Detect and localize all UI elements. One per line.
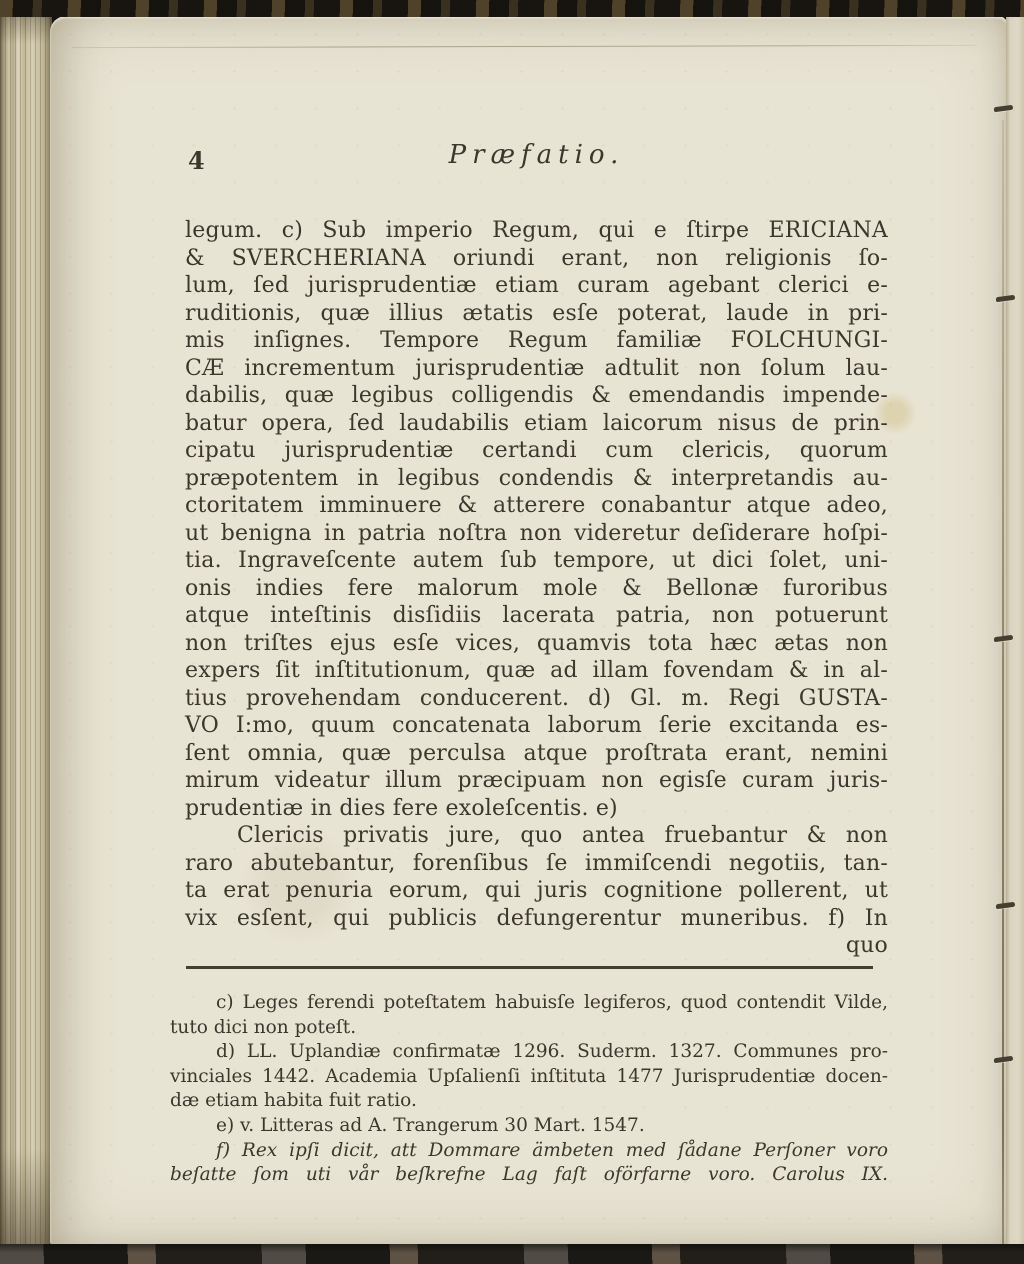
body-line: prudentiæ in dies fere exoleſcentis. e): [185, 795, 888, 823]
footnote-line: beſatte ſom uti vår beſkrefne Lag faſt o…: [170, 1163, 888, 1188]
running-title: Præfatio.: [185, 140, 888, 170]
body-line: tius provehendam conducerent. d) Gl. m. …: [185, 685, 888, 713]
body-line: non triſtes ejus esſe vices, quamvis tot…: [185, 630, 888, 658]
footnote-line: tuto dici non poteſt.: [170, 1016, 888, 1041]
page-stack-edges-left: [0, 14, 52, 1244]
footnote-line: e) v. Litteras ad A. Trangerum 30 Mart. …: [170, 1114, 888, 1139]
body-line: & SVERCHERIANA oriundi erant, non religi…: [185, 245, 888, 273]
body-line: dabilis, quæ legibus colligendis & emend…: [185, 382, 888, 410]
body-text: legum. c) Sub imperio Regum, qui e ſtirp…: [185, 217, 888, 960]
body-line: onis indies fere malorum mole & Bellonæ …: [185, 575, 888, 603]
footnote-line: f) Rex ipſi dicit, att Dommare ämbeten m…: [170, 1139, 888, 1164]
body-line: VO I:mo, quum concatenata laborum ſerie …: [185, 712, 888, 740]
body-line: expers ſit inſtitutionum, quæ ad illam f…: [185, 657, 888, 685]
binding-crease: [1002, 120, 1004, 1244]
scanned-book-page: 4 Præfatio. legum. c) Sub imperio Regum,…: [0, 0, 1024, 1264]
body-line: mis inſignes. Tempore Regum familiæ FOLC…: [185, 327, 888, 355]
body-line: tia. Ingraveſcente autem ſub tempore, ut…: [185, 547, 888, 575]
body-line: ſent omnia, quæ perculsa atque proſtrata…: [185, 740, 888, 768]
body-line: lum, ſed jurisprudentiæ etiam curam ageb…: [185, 272, 888, 300]
footnote-line: d) LL. Uplandiæ confirmatæ 1296. Suderm.…: [170, 1040, 888, 1065]
body-line: atque inteſtinis disſidiis lacerata patr…: [185, 602, 888, 630]
body-line: ut benigna in patria noſtra non videretu…: [185, 520, 888, 548]
footnote-separator-rule: [186, 966, 873, 969]
footnote-line: c) Leges ferendi poteſtatem habuisſe leg…: [170, 991, 888, 1016]
body-line-paragraph-start: Clericis privatis jure, quo antea frueba…: [185, 822, 888, 850]
body-line: raro abutebantur, forenſibus ſe immiſcen…: [185, 850, 888, 878]
book-cover-top-edge: [0, 0, 1024, 17]
catchword: quo: [185, 932, 888, 960]
body-line: cipatu jurisprudentiæ certandi cum cleri…: [185, 437, 888, 465]
footnote-line: dæ etiam habita fuit ratio.: [170, 1089, 888, 1114]
body-line: vix esſent, qui publicis defungerentur m…: [185, 905, 888, 933]
body-line: ta erat penuria eorum, qui juris cogniti…: [185, 877, 888, 905]
footnote-line: vinciales 1442. Academia Upſalienſi inſt…: [170, 1065, 888, 1090]
book-cover-bottom-edge: [0, 1244, 1024, 1264]
body-line: ruditionis, quæ illius ætatis esſe poter…: [185, 300, 888, 328]
body-line: præpotentem in legibus condendis & inter…: [185, 465, 888, 493]
body-line: batur opera, ſed laudabilis etiam laicor…: [185, 410, 888, 438]
body-line: mirum videatur illum præcipuam non egisſ…: [185, 767, 888, 795]
body-line: ctoritatem imminuere & atterere conabant…: [185, 492, 888, 520]
body-line: CÆ incrementum jurisprudentiæ adtulit no…: [185, 355, 888, 383]
footnotes: c) Leges ferendi poteſtatem habuisſe leg…: [170, 991, 888, 1188]
body-line: legum. c) Sub imperio Regum, qui e ſtirp…: [185, 217, 888, 245]
